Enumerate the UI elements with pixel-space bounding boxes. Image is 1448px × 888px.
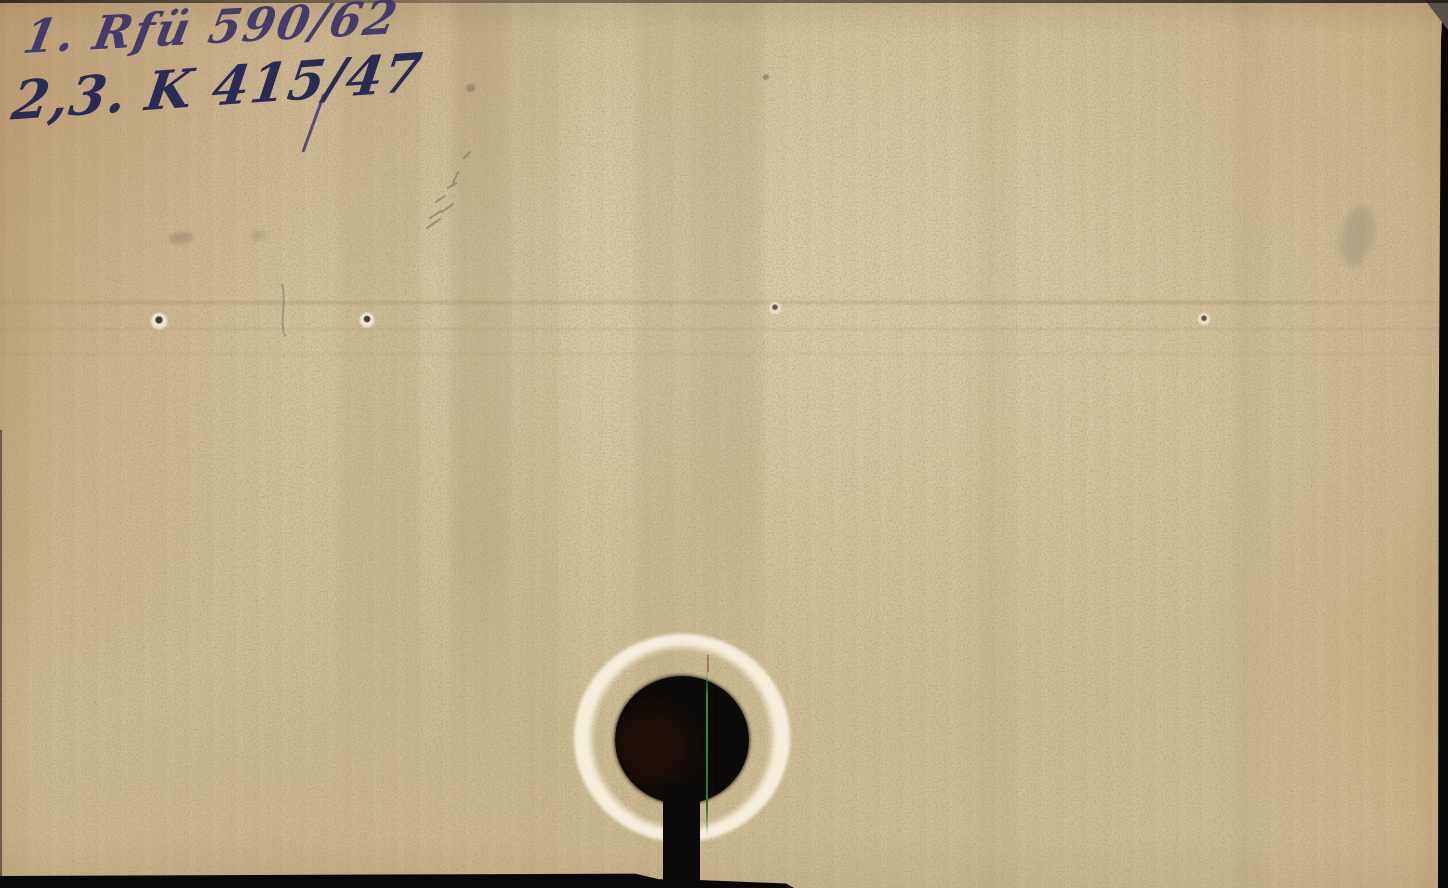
pencil-scribble [420,142,482,234]
scanner-red-artifact [707,655,709,672]
scan-edge-left [0,430,2,876]
scan-edge-top [0,0,1448,3]
paper-streak-band [1235,0,1261,888]
paper-crease [0,353,1448,355]
paper-streak-band [518,0,562,888]
paper-streak-band [975,0,1009,888]
pin-hole [359,312,375,328]
pin-hole [768,301,782,315]
scanned-archive-card: 1. Rfü 590/62 2,3. K 415/47 [0,0,1448,888]
paper-streak-band [340,0,420,888]
paper-crease [0,301,1448,304]
smudge-mark [763,74,769,80]
pin-hole [1197,312,1211,326]
smudge-mark [466,84,475,92]
paper-crease [0,328,1448,330]
pin-hole [150,312,168,330]
punch-hole-slot [663,782,700,888]
paper-streak-band [452,0,510,888]
scanner-green-line-artifact [706,668,708,836]
pencil-stroke [276,282,296,340]
smudge-mark [250,231,266,240]
